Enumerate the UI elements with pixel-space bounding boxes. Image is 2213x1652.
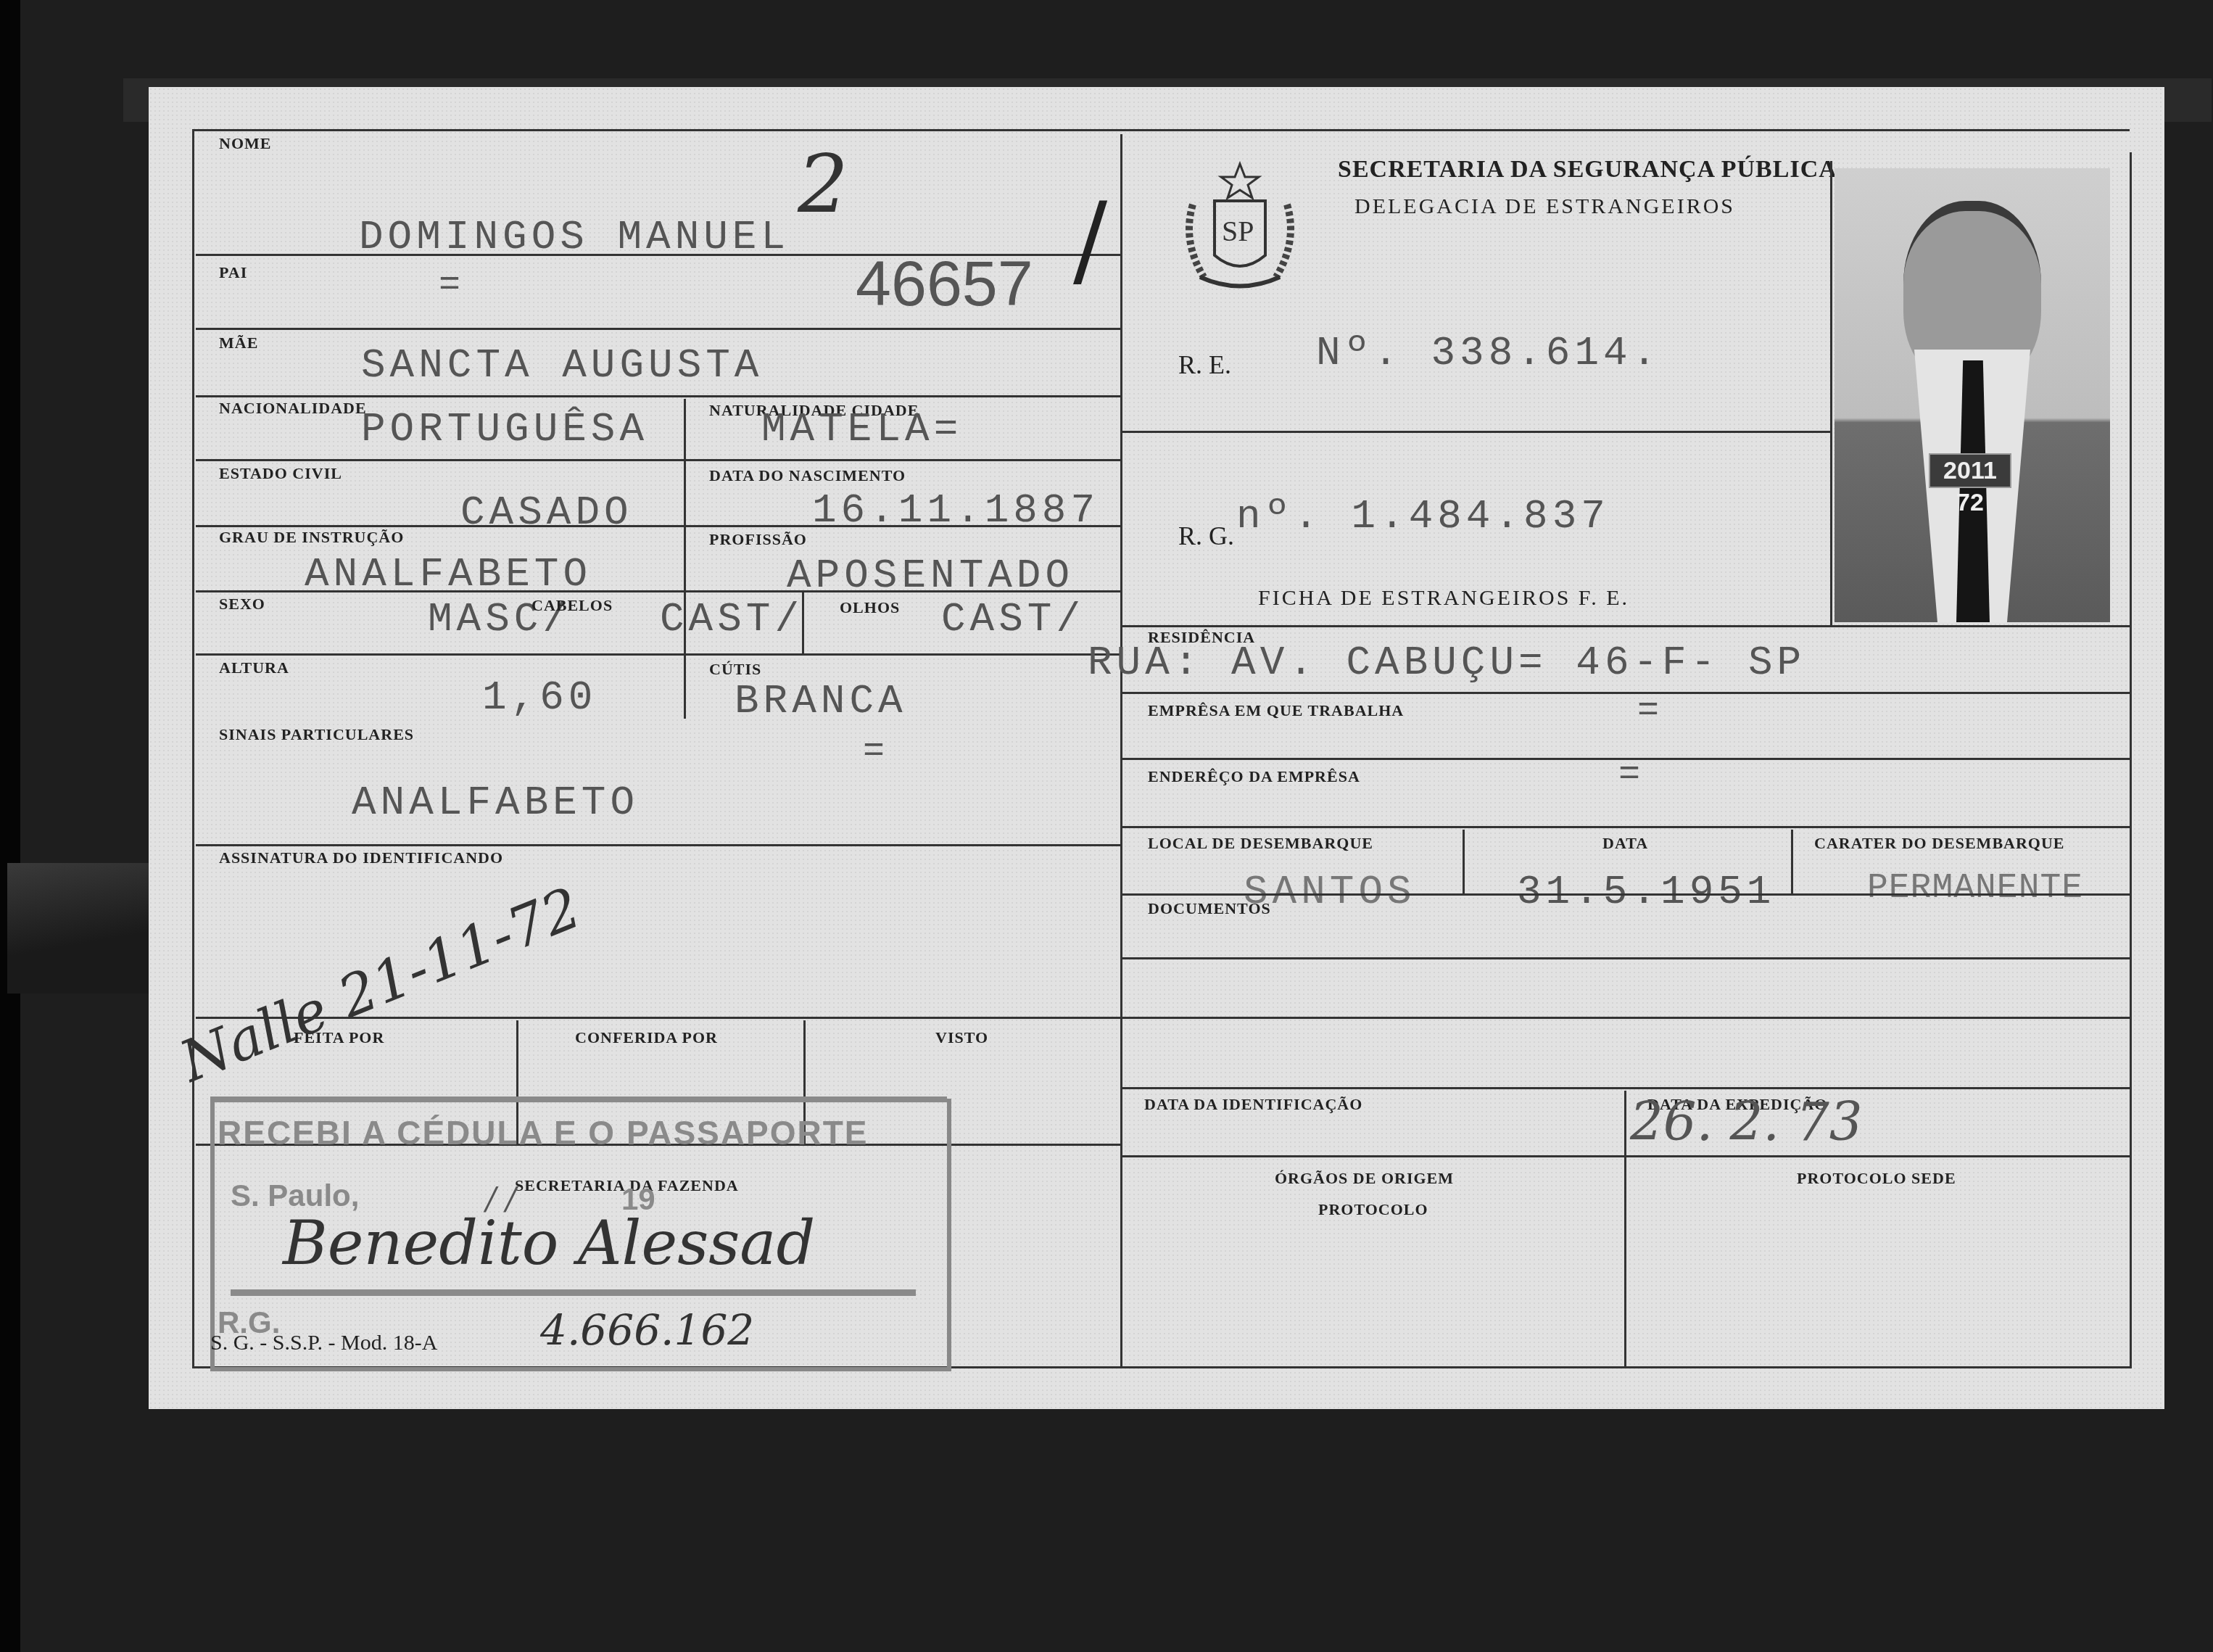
documentos-field[interactable] (1131, 925, 2125, 954)
rule (1122, 957, 2130, 959)
portrait-photo: 2011 72 (1834, 168, 2110, 622)
protocolo-sede-label: PROTOCOLO SEDE (1797, 1169, 1956, 1188)
rule (1122, 1017, 2130, 1019)
data-identificacao-label: DATA DA IDENTIFICAÇÃO (1144, 1095, 1362, 1114)
olhos-value: CAST/ (941, 596, 1085, 643)
cabelos-value: CAST/ (660, 596, 803, 643)
profissao-value: APOSENTADO (787, 553, 1074, 599)
carater-desembarque-value: PERMANENTE (1867, 869, 2083, 908)
profissao-label: PROFISSÃO (709, 530, 807, 549)
naturalidade-value: MATELA= (761, 406, 962, 453)
re-label: R. E. (1178, 350, 1231, 380)
scanner-edge (0, 0, 20, 1652)
column-split (1791, 830, 1793, 893)
rule (1122, 826, 2130, 828)
photo-frame-left (1830, 161, 1832, 625)
frame-left (192, 129, 194, 1366)
handwritten-number: 46657 (856, 247, 1033, 321)
svg-text:SP: SP (1222, 215, 1254, 247)
folder-crease (7, 863, 152, 994)
form-code: S. G. - S.S.P. - Mod. 18-A (210, 1331, 437, 1355)
photo-id-plate: 2011 72 (1929, 453, 2011, 488)
documentos-label: DOCUMENTOS (1148, 899, 1271, 918)
pai-label: PAI (219, 263, 247, 282)
rule (196, 844, 1120, 846)
cutis-label: CÚTIS (709, 660, 761, 679)
sexo-label: SEXO (219, 595, 265, 614)
data-nascimento-value: 16.11.1887 (812, 487, 1099, 534)
nacionalidade-value: PORTUGUÊSA (361, 406, 648, 453)
nome-label: NOME (219, 134, 271, 153)
rg-value: nº. 1.484.837 (1236, 493, 1610, 540)
mae-label: MÃE (219, 334, 258, 352)
column-split (684, 653, 686, 719)
rule (1122, 692, 2130, 694)
frame-top (192, 129, 2130, 131)
local-desembarque-label: LOCAL DE DESEMBARQUE (1148, 834, 1373, 853)
form-title: FICHA DE ESTRANGEIROS F. E. (1258, 586, 1629, 611)
sinais-value: ANALFABETO (352, 780, 639, 826)
grau-instrucao-value: ANALFABETO (305, 551, 592, 598)
endereco-empresa-label: ENDERÊÇO DA EMPRÊSA (1148, 767, 1360, 786)
rule (196, 395, 1120, 397)
rule (196, 459, 1120, 461)
agency-title: SECRETARIA DA SEGURANÇA PÚBLICA (1338, 156, 1837, 183)
column-split (1463, 830, 1465, 893)
handwritten-mark: 2 (798, 138, 848, 231)
stamp-signature: Benedito Alessad (283, 1207, 815, 1279)
stamp-signature-line (231, 1289, 916, 1296)
data-expedicao-value: 26. 2. 73 (1630, 1091, 1863, 1152)
rg-label: R. G. (1178, 521, 1234, 551)
empresa-value: = (1637, 690, 1663, 732)
rule (1122, 893, 2130, 896)
altura-value: 1,60 (482, 674, 597, 721)
data-desembarque-value: 31.5.1951 (1517, 869, 1775, 915)
rule (196, 328, 1120, 330)
panel-divider (1120, 134, 1122, 1366)
mae-value: SANCTA AUGUSTA (361, 342, 763, 389)
department-title: DELEGACIA DE ESTRANGEIROS (1354, 194, 1735, 219)
nacionalidade-label: NACIONALIDADE (219, 399, 367, 418)
data-nascimento-label: DATA DO NASCIMENTO (709, 466, 906, 485)
stamp-rg-value: 4.666.162 (540, 1305, 754, 1355)
conferida-por-label: CONFERIDA POR (575, 1028, 718, 1047)
rule (1122, 1155, 2130, 1157)
cutis-value: BRANCA (735, 678, 907, 724)
olhos-label: OLHOS (840, 598, 900, 617)
carater-desembarque-label: CARATER DO DESEMBARQUE (1814, 834, 2065, 853)
rule (196, 653, 1120, 656)
slash-mark: / (1073, 181, 1107, 300)
sinais-mark: = (863, 731, 889, 772)
orgaos-origem-label: ÓRGÃOS DE ORIGEM (1275, 1169, 1454, 1188)
column-split (1624, 1091, 1626, 1366)
frame-right (2130, 152, 2132, 1366)
rule (1122, 1087, 2130, 1089)
estado-civil-label: ESTADO CIVIL (219, 464, 342, 483)
rule (1122, 625, 2130, 627)
grau-instrucao-label: GRAU DE INSTRUÇÃO (219, 528, 404, 547)
residencia-value: RUA: AV. CABUÇU= 46-F- SP (1088, 640, 1805, 686)
nome-value: DOMINGOS MANUEL (359, 214, 790, 260)
empresa-label: EMPRÊSA EM QUE TRABALHA (1148, 701, 1404, 720)
stamp-title: RECEBI A CÉDULA E O PASSAPORTE (218, 1113, 868, 1152)
rule (1122, 431, 1830, 433)
visto-label: VISTO (935, 1028, 988, 1047)
protocolo-label: PROTOCOLO (1318, 1200, 1428, 1219)
estado-civil-value: CASADO (460, 490, 633, 536)
assinatura-label: ASSINATURA DO IDENTIFICANDO (219, 848, 503, 867)
sinais-label: SINAIS PARTICULARES (219, 725, 414, 744)
re-value: Nº. 338.614. (1316, 330, 1660, 376)
endereco-empresa-value: = (1618, 754, 1645, 796)
coat-of-arms-icon: SP (1178, 161, 1302, 299)
pai-value: = (439, 265, 465, 306)
altura-label: ALTURA (219, 658, 289, 677)
cabelos-label: CABELOS (531, 596, 613, 615)
data-desembarque-label: DATA (1602, 834, 1648, 853)
